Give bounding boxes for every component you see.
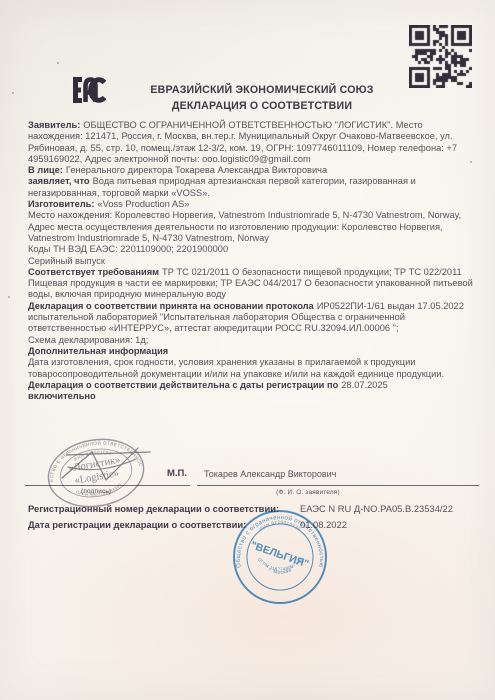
declares-label: заявляет, что — [28, 176, 90, 186]
validity-suffix: включительно — [28, 391, 473, 402]
stamp-place-label: М.П. — [167, 468, 187, 479]
additional-info-block: Дополнительная информация Дата изготовле… — [28, 346, 473, 380]
paper-speck — [57, 62, 59, 64]
qr-code — [409, 25, 472, 88]
in-person-label: В лице: — [28, 165, 63, 175]
declaration-document: ЕВРАЗИЙСКИЙ ЭКОНОМИЧЕСКИЙ СОЮЗ ДЕКЛАРАЦИ… — [0, 0, 495, 700]
paper-speck — [12, 92, 14, 94]
applicant-text: ОБЩЕСТВО С ОГРАНИЧЕННОЙ ОТВЕТСТВЕННОСТЬЮ… — [28, 120, 457, 164]
basis-paragraph: Декларация о соответствии принята на осн… — [28, 301, 473, 335]
fullname-caption: (Ф. И. О. заявителя) — [238, 489, 378, 496]
tnved-codes: Коды ТН ВЭД ЕАЭС: 2201109000; 2201900000 — [28, 244, 473, 255]
logistic-company-stamp: ОБЩЕСТВО С ОГРАНИЧЕННОЙ ОТВЕТСТВЕННОСТЬЮ… — [38, 428, 154, 518]
declares-paragraph: заявляет, чтоВода питьевая природная арт… — [28, 176, 473, 199]
manufacturer-name: «Voss Production AS» — [97, 199, 189, 209]
complies-paragraph: Соответствует требованиямТР ТС 021/2011 … — [28, 267, 473, 301]
complies-label: Соответствует требованиям — [28, 267, 159, 277]
fullname-line — [197, 485, 479, 486]
velgia-stamp-name: "ВЕЛЬГИЯ" — [249, 539, 310, 570]
basis-label: Декларация о соответствии принята на осн… — [28, 301, 314, 311]
additional-info-heading: Дополнительная информация — [28, 346, 473, 357]
in-person-text: Генерального директора Токарева Александ… — [66, 165, 327, 175]
manufacturer-block: Изготовитель:«Voss Production AS» Место … — [28, 199, 473, 267]
velgia-company-stamp: Общество с ограниченной ответственностью… — [229, 506, 331, 608]
applicant-fullname: Токарев Александр Викторович — [204, 469, 336, 479]
union-title: ЕВРАЗИЙСКИЙ ЭКОНОМИЧЕСКИЙ СОЮЗ — [30, 83, 494, 99]
velgia-stamp-city: * г. Москва * — [264, 565, 297, 576]
in-person-paragraph: В лице:Генерального директора Токарева А… — [28, 165, 473, 176]
validity-block: Декларация о соответствии действительна … — [28, 380, 473, 403]
svg-text:* г. Москва *: * г. Москва * — [264, 565, 297, 576]
applicant-paragraph: Заявитель:ОБЩЕСТВО С ОГРАНИЧЕННОЙ ОТВЕТС… — [28, 120, 473, 165]
manufacturer-line: Изготовитель:«Voss Production AS» — [28, 199, 473, 210]
document-title: ДЕКЛАРАЦИЯ О СООТВЕТСТВИИ — [30, 99, 494, 115]
paper-speck — [8, 296, 10, 298]
manufacturer-label: Изготовитель: — [28, 199, 94, 209]
manufacturer-address: Место нахождения: Королевство Норвегия, … — [28, 210, 473, 244]
serial-issue: Серийный выпуск — [28, 256, 473, 267]
header: ЕВРАЗИЙСКИЙ ЭКОНОМИЧЕСКИЙ СОЮЗ ДЕКЛАРАЦИ… — [30, 83, 494, 114]
additional-info-text: Дата изготовления, срок годности, услови… — [28, 357, 473, 380]
declaration-body: Заявитель:ОБЩЕСТВО С ОГРАНИЧЕННОЙ ОТВЕТС… — [28, 120, 473, 402]
applicant-label: Заявитель: — [28, 120, 80, 130]
validity-date: 28.07.2025 — [341, 380, 388, 390]
registration-date-label: Дата регистрации декларации о соответств… — [28, 519, 246, 530]
declaration-scheme: Схема декларирования: 1д; — [28, 335, 473, 346]
paper-speck — [470, 161, 472, 163]
validity-label: Декларация о соответствии действительна … — [28, 380, 338, 390]
basis-block: Декларация о соответствии принята на осн… — [28, 301, 473, 346]
